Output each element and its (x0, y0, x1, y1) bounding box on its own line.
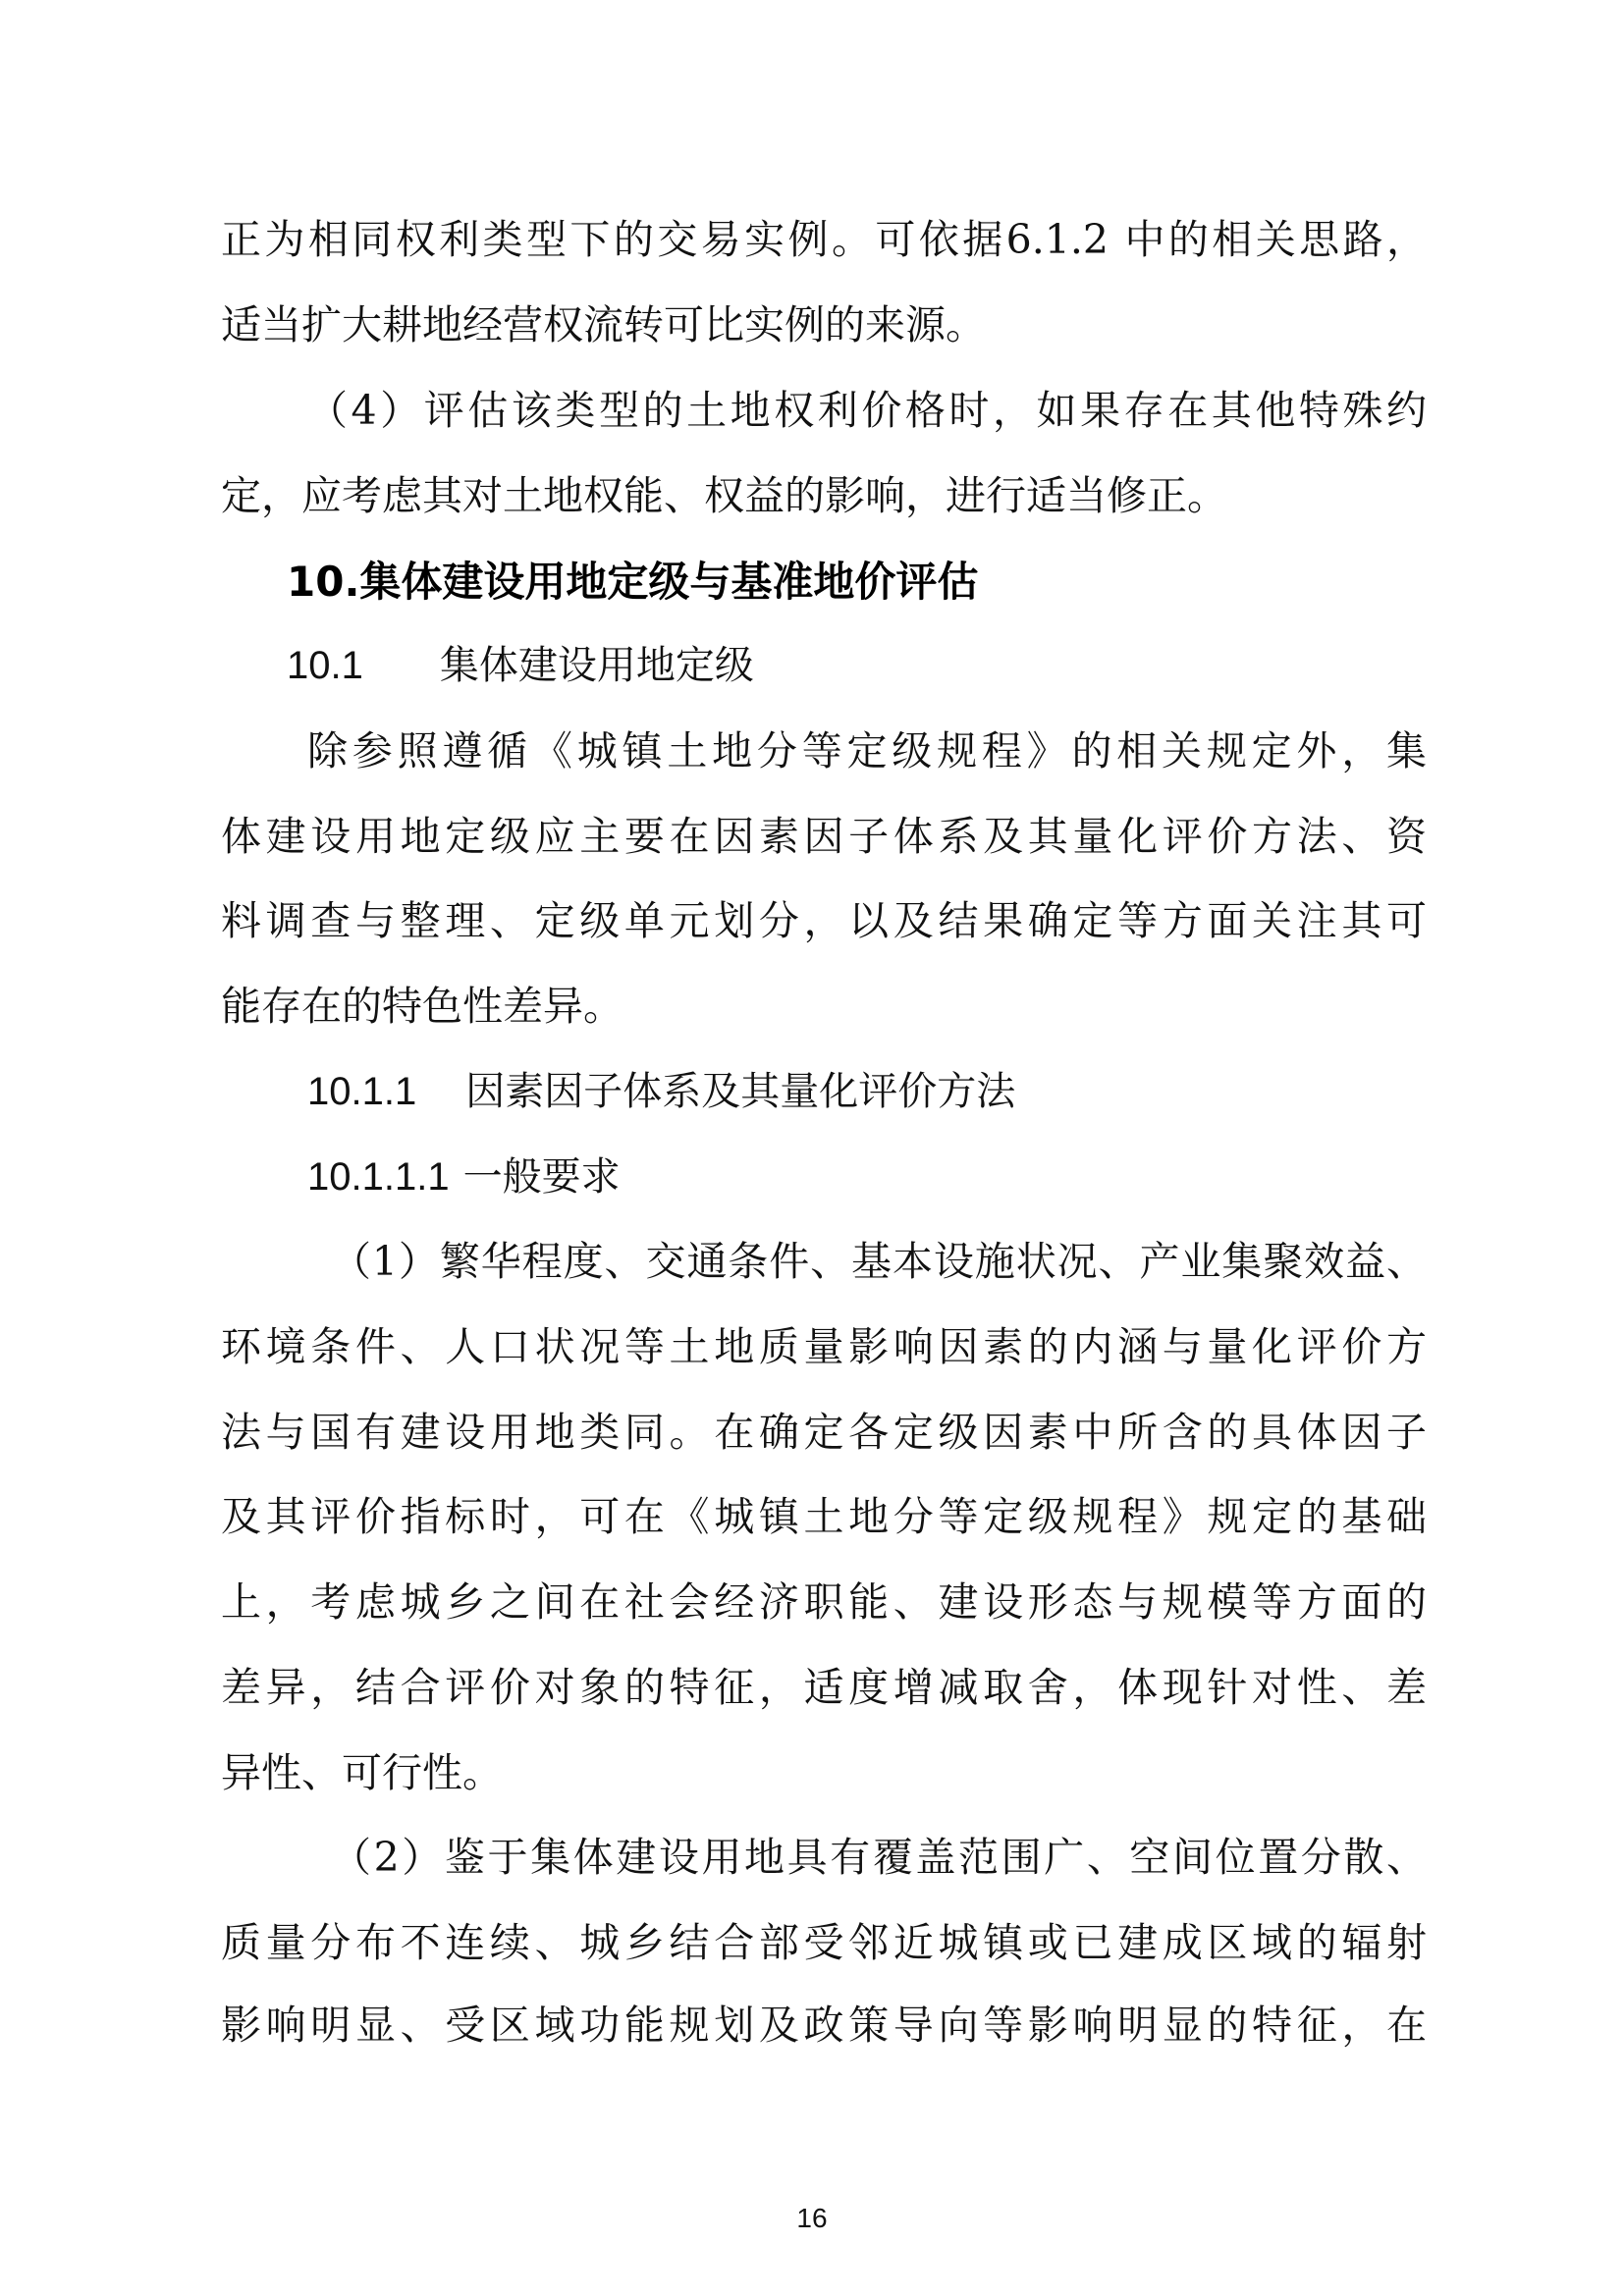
document-page: 正为相同权利类型下的交易实例。可依据6.1.2 中的相关思路， 适当扩大耕地经营… (0, 0, 1624, 2296)
heading-number: 10.1.1.1 (307, 1155, 450, 1199)
paragraph-line: 及其评价指标时，可在《城镇土地分等定级规程》规定的基础 (221, 1474, 1427, 1560)
section-heading-10-1: 10.1集体建设用地定级 (287, 623, 754, 709)
paragraph-line: 环境条件、人口状况等土地质量影响因素的内涵与量化评价方 (221, 1305, 1427, 1390)
paragraph-line: 适当扩大耕地经营权流转可比实例的来源。 (221, 283, 1427, 368)
paragraph-line: （2）鉴于集体建设用地具有覆盖范围广、空间位置分散、 (221, 1815, 1427, 1900)
paragraph-line: （4）评估该类型的土地权利价格时，如果存在其他特殊约 (221, 368, 1427, 454)
paragraph-line: 质量分布不连续、城乡结合部受邻近城镇或已建成区域的辐射 (221, 1900, 1427, 1986)
heading-title: 一般要求 (463, 1154, 621, 1200)
section-heading-10: 10.集体建设用地定级与基准地价评估 (287, 539, 978, 624)
page-number: 16 (776, 2199, 848, 2238)
paragraph-line: 体建设用地定级应主要在因素因子体系及其量化评价方法、资 (221, 794, 1427, 880)
heading-number: 10.1.1 (307, 1070, 416, 1113)
section-heading-10-1-1-1: 10.1.1.1一般要求 (307, 1135, 621, 1220)
paragraph-line: 差异，结合评价对象的特征，适度增减取舍，体现针对性、差 (221, 1645, 1427, 1731)
paragraph-line: 异性、可行性。 (221, 1731, 1427, 1816)
paragraph-line: 料调查与整理、定级单元划分，以及结果确定等方面关注其可 (221, 879, 1427, 964)
paragraph-line: 法与国有建设用地类同。在确定各定级因素中所含的具体因子 (221, 1390, 1427, 1475)
heading-title: 因素因子体系及其量化评价方法 (465, 1069, 1015, 1114)
paragraph-line: 定，应考虑其对土地权能、权益的影响，进行适当修正。 (221, 454, 1427, 539)
paragraph-line: 影响明显、受区域功能规划及政策导向等影响明显的特征，在 (221, 1983, 1427, 2068)
paragraph-line: 正为相同权利类型下的交易实例。可依据6.1.2 中的相关思路， (221, 197, 1427, 283)
heading-number: 10.1 (287, 644, 363, 687)
paragraph-line: 上，考虑城乡之间在社会经济职能、建设形态与规模等方面的 (221, 1560, 1427, 1645)
paragraph-line: 除参照遵循《城镇土地分等定级规程》的相关规定外，集 (221, 709, 1427, 794)
paragraph-line: 能存在的特色性差异。 (221, 964, 1427, 1049)
heading-title: 集体建设用地定级 (440, 643, 754, 688)
section-heading-10-1-1: 10.1.1因素因子体系及其量化评价方法 (307, 1049, 1015, 1135)
paragraph-line: （1）繁华程度、交通条件、基本设施状况、产业集聚效益、 (221, 1219, 1427, 1305)
